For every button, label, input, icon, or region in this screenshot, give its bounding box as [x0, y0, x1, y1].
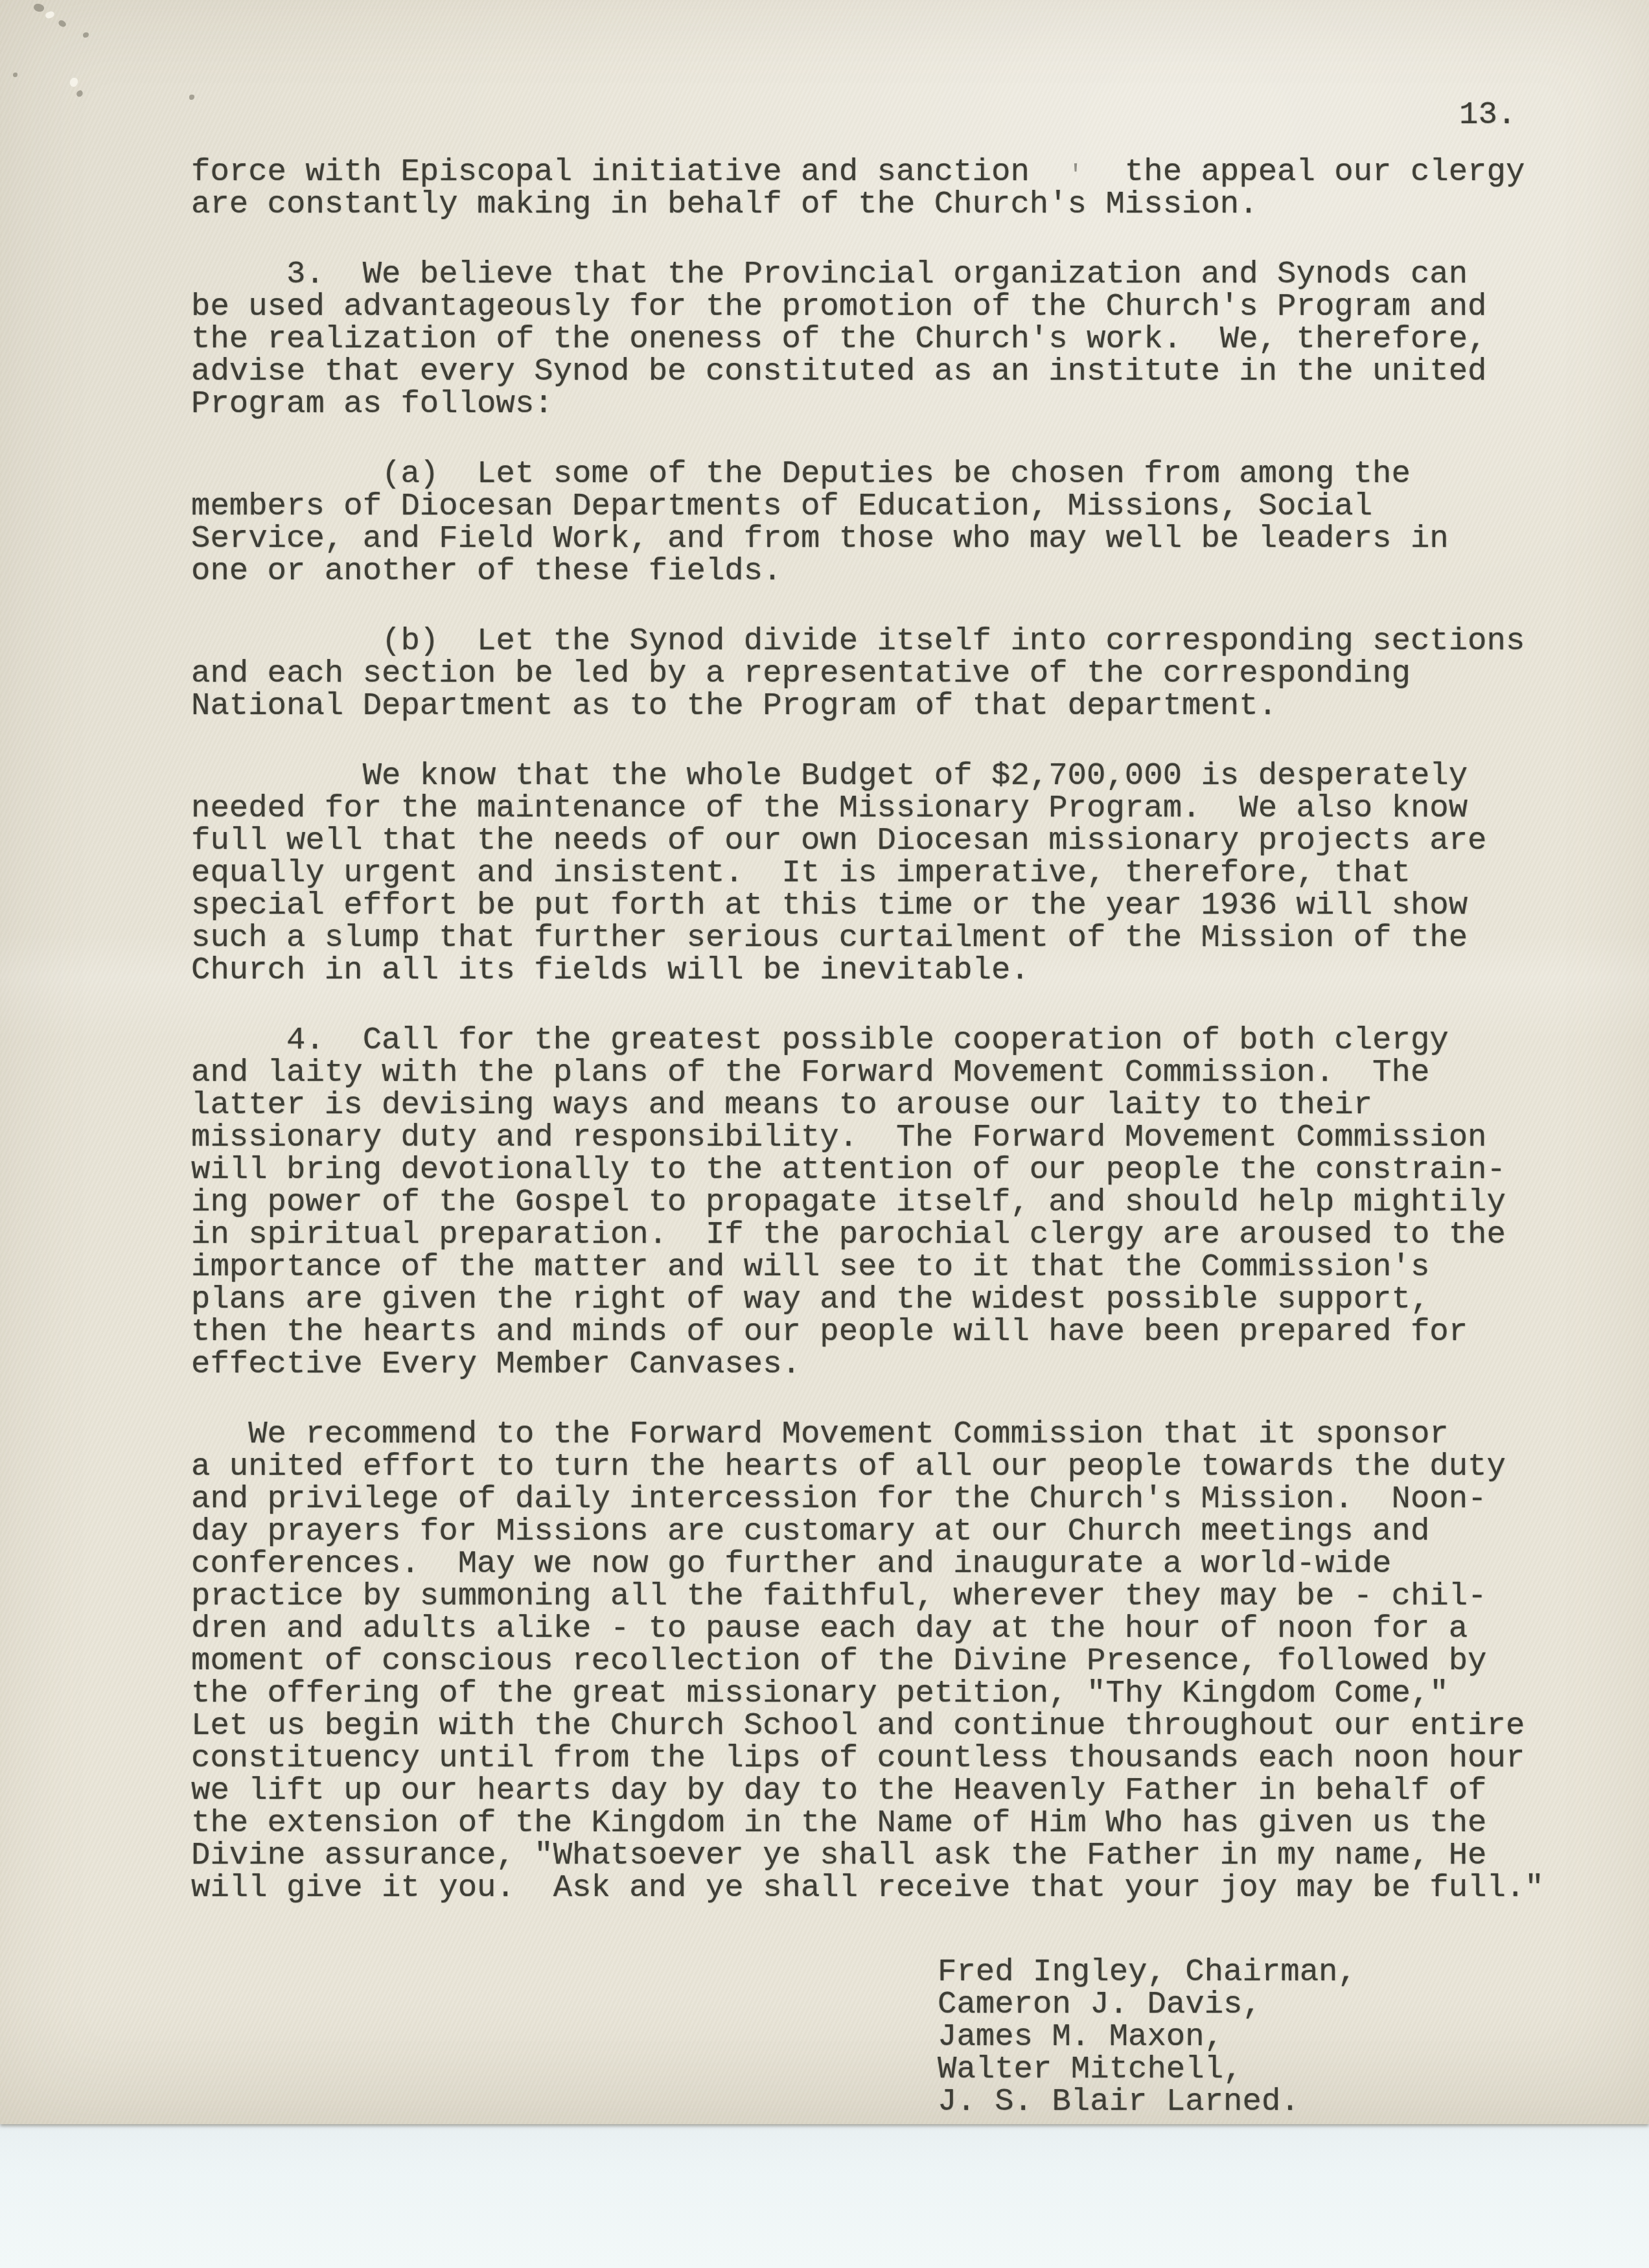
signature-line: Cameron J. Davis, — [938, 1988, 1357, 2020]
signature-line: Fred Ingley, Chairman, — [938, 1956, 1357, 1988]
paper-damage-speck — [58, 19, 67, 29]
paragraph-item-4: 4. Call for the greatest possible cooper… — [191, 1024, 1591, 1380]
paragraph-continuation: force with Episcopal initiative and sanc… — [191, 156, 1591, 220]
paragraph-budget: We know that the whole Budget of $2,700,… — [191, 759, 1591, 986]
scanner-background — [0, 2112, 1649, 2268]
paper-damage-speck — [75, 89, 84, 98]
paper-damage-speck — [13, 73, 17, 77]
paper-damage-speck — [189, 95, 194, 100]
paragraph-recommend: We recommend to the Forward Movement Com… — [191, 1418, 1591, 1904]
page-number: 13. — [1459, 98, 1516, 131]
paper-damage-speck — [45, 10, 55, 19]
signature-block: Fred Ingley, Chairman,Cameron J. Davis,J… — [938, 1956, 1357, 2118]
paragraph-item-b: (b) Let the Synod divide itself into cor… — [191, 625, 1591, 722]
paper: 13. force with Episcopal initiative and … — [0, 0, 1649, 2124]
paper-damage-speck — [32, 2, 45, 13]
paragraph-item-3: 3. We believe that the Provincial organi… — [191, 258, 1591, 420]
paragraph-item-a: (a) Let some of the Deputies be chosen f… — [191, 457, 1591, 587]
paper-damage-speck — [83, 32, 89, 38]
scanned-page: 13. force with Episcopal initiative and … — [0, 0, 1649, 2268]
signature-line: James M. Maxon, — [938, 2020, 1357, 2053]
signature-line: Walter Mitchell, — [938, 2053, 1357, 2085]
erasure-mark: ' — [1068, 162, 1083, 191]
signature-line: J. S. Blair Larned. — [938, 2085, 1357, 2118]
paper-damage-speck — [69, 77, 78, 87]
document-body: force with Episcopal initiative and sanc… — [191, 156, 1591, 1904]
